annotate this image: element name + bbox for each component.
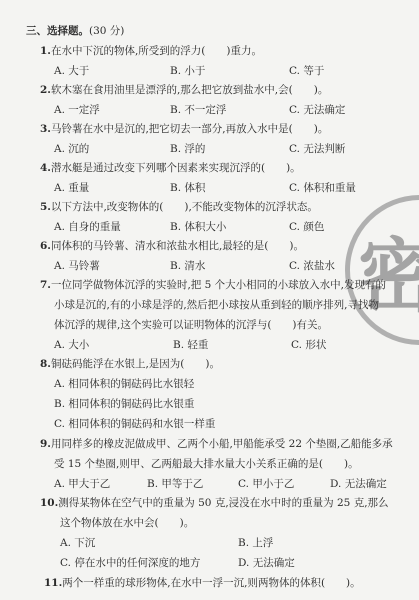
seal-stamp: 密: [345, 195, 419, 345]
option[interactable]: A. 大小: [54, 338, 89, 352]
question-6: 6.同体积的马铃薯、清水和浓盐水相比,最轻的是( )。: [40, 239, 304, 253]
question-text: 以下方法中,改变物体的( ),不能改变物体的沉浮状态。: [51, 201, 318, 213]
option[interactable]: A. 自身的重量: [54, 220, 121, 234]
option[interactable]: C. 相同体积的铜砝码和水银一样重: [54, 417, 215, 431]
question-text: 两个一样重的球形物体,在水中一浮一沉,则两物体的体积( )。: [62, 577, 360, 589]
option[interactable]: C. 无法判断: [289, 142, 345, 156]
question-number: 10.: [40, 497, 58, 509]
option[interactable]: B. 甲等于乙: [147, 477, 203, 491]
question-number: 3.: [40, 123, 51, 135]
question-text: 软木塞在食用油里是漂浮的,那么把它放到盐水中,会( )。: [51, 84, 328, 96]
option[interactable]: C. 形状: [291, 338, 326, 352]
option[interactable]: B. 小于: [170, 64, 205, 78]
question-number: 5.: [40, 201, 51, 213]
question-number: 11.: [44, 577, 62, 589]
option[interactable]: A. 相同体积的铜砝码比水银轻: [54, 377, 194, 391]
question-text: 马铃薯在水中是沉的,把它切去一部分,再放入水中是( )。: [51, 123, 328, 135]
question-number: 2.: [40, 84, 51, 96]
question-number: 6.: [40, 240, 51, 252]
question-11: 11.两个一样重的球形物体,在水中一浮一沉,则两物体的体积( )。: [44, 576, 361, 590]
option[interactable]: B. 浮的: [170, 142, 205, 156]
option[interactable]: C. 等于: [289, 64, 324, 78]
option[interactable]: C. 停在水中的任何深度的地方: [60, 556, 200, 570]
question-text: 潜水艇是通过改变下列哪个因素来实现沉浮的( )。: [51, 162, 301, 174]
question-3: 3.马铃薯在水中是沉的,把它切去一部分,再放入水中是( )。: [40, 122, 328, 136]
option[interactable]: B. 体积大小: [170, 220, 226, 234]
option[interactable]: B. 不一定浮: [170, 103, 226, 117]
question-7: 7.一位同学做物体沉浮的实验时,把 5 个大小相同的小球放入水中,发现有的: [40, 278, 386, 292]
option[interactable]: A. 重量: [54, 181, 89, 195]
option[interactable]: B. 上浮: [238, 536, 273, 550]
question-number: 4.: [40, 162, 51, 174]
option[interactable]: B. 体积: [170, 181, 205, 195]
question-text: 用同样多的橡皮泥做成甲、乙两个小船,甲船能承受 22 个垫圈,乙船能多承: [51, 438, 393, 450]
option[interactable]: C. 无法确定: [289, 103, 345, 117]
question-9: 9.用同样多的橡皮泥做成甲、乙两个小船,甲船能承受 22 个垫圈,乙船能多承: [40, 437, 393, 451]
section-points: (30 分): [89, 25, 124, 37]
option[interactable]: B. 轻重: [173, 338, 208, 352]
question-continuation: 小球是沉的,有的小球是浮的,然后把小球按从重到轻的顺序排列,寻找物: [54, 298, 379, 312]
option[interactable]: D. 无法确定: [238, 556, 295, 570]
question-text: 在水中下沉的物体,所受到的浮力( )重力。: [51, 45, 262, 57]
option[interactable]: C. 浓盐水: [289, 259, 335, 273]
question-text: 测得某物体在空气中的重量为 50 克,浸没在水中时的重量为 25 克,那么: [58, 497, 388, 509]
option[interactable]: A. 大于: [54, 64, 89, 78]
question-text: 铜砝码能浮在水银上,是因为( )。: [51, 358, 220, 370]
question-10: 10.测得某物体在空气中的重量为 50 克,浸没在水中时的重量为 25 克,那么: [40, 496, 389, 510]
question-1: 1.在水中下沉的物体,所受到的浮力( )重力。: [40, 44, 262, 58]
question-continuation: 受 15 个垫圈,则甲、乙两船最大排水量大小关系正确的是( )。: [54, 457, 359, 471]
question-number: 7.: [40, 279, 51, 291]
option[interactable]: A. 沉的: [54, 142, 89, 156]
question-2: 2.软木塞在食用油里是漂浮的,那么把它放到盐水中,会( )。: [40, 83, 328, 97]
exam-page: 密 三、选择题。(30 分) 1.在水中下沉的物体,所受到的浮力( )重力。 A…: [0, 0, 419, 600]
question-number: 9.: [40, 438, 51, 450]
question-text: 同体积的马铃薯、清水和浓盐水相比,最轻的是( )。: [51, 240, 304, 252]
section-title: 三、选择题。(30 分): [26, 24, 124, 38]
option[interactable]: C. 颜色: [289, 220, 324, 234]
question-5: 5.以下方法中,改变物体的( ),不能改变物体的沉浮状态。: [40, 200, 318, 214]
option[interactable]: D. 无法确定: [330, 477, 387, 491]
question-number: 8.: [40, 358, 51, 370]
option[interactable]: A. 下沉: [60, 536, 95, 550]
question-4: 4.潜水艇是通过改变下列哪个因素来实现沉浮的( )。: [40, 161, 301, 175]
question-text: 一位同学做物体沉浮的实验时,把 5 个大小相同的小球放入水中,发现有的: [51, 279, 386, 291]
option[interactable]: A. 马铃薯: [54, 259, 100, 273]
question-number: 1.: [40, 45, 51, 57]
option[interactable]: C. 体积和重量: [289, 181, 356, 195]
option[interactable]: B. 清水: [170, 259, 205, 273]
option[interactable]: C. 甲小于乙: [238, 477, 294, 491]
section-title-text: 三、选择题。: [26, 25, 89, 37]
question-continuation: 体沉浮的规律,这个实验可以证明物体的沉浮与( )有关。: [54, 318, 328, 332]
question-8: 8.铜砝码能浮在水银上,是因为( )。: [40, 357, 220, 371]
option[interactable]: A. 一定浮: [54, 103, 100, 117]
option[interactable]: A. 甲大于乙: [54, 477, 110, 491]
option[interactable]: B. 相同体积的铜砝码比水银重: [54, 397, 194, 411]
question-continuation: 这个物体放在水中会( )。: [60, 516, 194, 530]
